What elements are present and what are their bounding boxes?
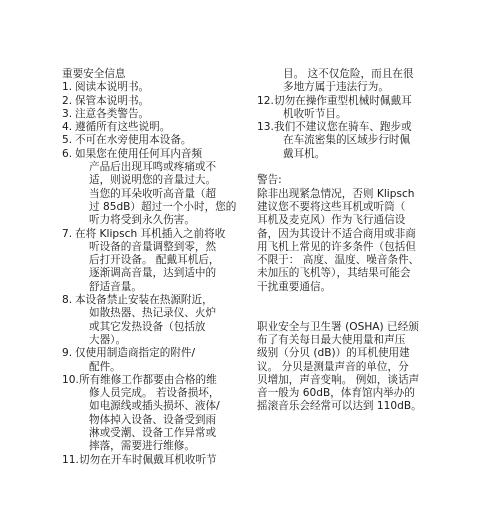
item-text: 切勿在开车时佩戴耳机收听节 (79, 454, 217, 467)
item-number: 10. (62, 374, 79, 387)
list-item: 7.在将 Klipsch 耳机插入之前将收听设备的音量调整到零，然后打开设备。 … (62, 228, 252, 294)
left-column: 重要安全信息 1.阅读本说明书。2.保管本说明书。3.注意各类警告。4.遵循所有… (62, 68, 252, 467)
item-number: 13. (257, 121, 274, 134)
item-text-line: 听力将受到永久伤害。 (62, 214, 252, 227)
item-text-line: 适，则说明您的音量过大。 (62, 174, 252, 187)
text-line: 布了有关每日最大使用量和声压 (257, 334, 447, 347)
item-number: 8. (62, 294, 75, 307)
item-number: 2. (62, 95, 75, 108)
text-line: 用飞机上常见的许多条件（包括但 (257, 241, 447, 254)
text-line: 未加压的飞机等），其结果可能会 (257, 267, 447, 280)
item-text-line: 当您的耳朵收听高音量（超 (62, 188, 252, 201)
list-continuation: 目。 这不仅危险，而且在很多地方属于违法行为。 (257, 68, 447, 95)
item-number: 6. (62, 148, 75, 161)
item-number: 5. (62, 134, 75, 147)
item-text-line: 配件。 (62, 361, 252, 374)
item-text-line: 如散热器、热记录仪、火炉 (62, 307, 252, 320)
list-item: 4.遵循所有这些说明。 (62, 121, 252, 134)
text-line: 建议您不要将这些耳机或听筒（ (257, 201, 447, 214)
item-text-line: 或其它发热设备（包括放 (62, 321, 252, 334)
item-text-line: 机收听节目。 (257, 108, 447, 121)
item-text: 保管本说明书。 (75, 95, 149, 108)
warning-paragraph: 除非出现紧急情况，否则 Klipsch建议您不要将这些耳机或听筒（耳机及麦克风）… (257, 188, 447, 294)
item-text: 如果您在使用任何耳内音频 (75, 148, 202, 161)
item-text-line: 修人员完成。 若设备损坏， (62, 387, 252, 400)
list-item: 8.本设备禁止安装在热源附近，如散热器、热记录仪、火炉或其它发热设备（包括放大器… (62, 294, 252, 347)
item-number: 11. (62, 454, 79, 467)
item-text: 所有维修工作都要由合格的维 (79, 374, 217, 387)
text-line: 目。 这不仅危险，而且在很 (257, 68, 447, 81)
text-line: 耳机及麦克风）作为飞行通信设 (257, 214, 447, 227)
item-text-line: 听设备的音量调整到零，然 (62, 241, 252, 254)
item-number: 4. (62, 121, 75, 134)
item-text-line: 在车流密集的区域步行时佩 (257, 134, 447, 147)
safety-list: 1.阅读本说明书。2.保管本说明书。3.注意各类警告。4.遵循所有这些说明。5.… (62, 81, 252, 467)
list-item: 1.阅读本说明书。 (62, 81, 252, 94)
list-item: 2.保管本说明书。 (62, 95, 252, 108)
item-text: 切勿在操作重型机械时佩戴耳 (274, 95, 412, 108)
list-item: 13.我们不建议您在骑车、跑步或在车流密集的区域步行时佩戴耳机。 (257, 121, 447, 161)
list-item: 11.切勿在开车时佩戴耳机收听节 (62, 454, 252, 467)
item-text-line: 产品后出现耳鸣或疼痛或不 (62, 161, 252, 174)
item-text-line: 戴耳机。 (257, 148, 447, 161)
warning-heading: 警告: (257, 174, 447, 187)
text-line: 不限于： 高度、温度、噪音条件、 (257, 254, 447, 267)
list-item: 12.切勿在操作重型机械时佩戴耳机收听节目。 (257, 95, 447, 122)
item-text-line: 逐渐调高音量，达到适中的 (62, 267, 252, 280)
item-text-line: 淋或受潮、设备工作异常或 (62, 427, 252, 440)
item-text-line: 后打开设备。 配戴耳机后， (62, 254, 252, 267)
item-number: 1. (62, 81, 75, 94)
item-text: 在将 Klipsch 耳机插入之前将收 (75, 228, 225, 241)
item-text-line: 物体掉入设备、设备受到雨 (62, 414, 252, 427)
list-item: 5.不可在水旁使用本设备。 (62, 134, 252, 147)
item-text: 我们不建议您在骑车、跑步或 (274, 121, 412, 134)
item-text: 不可在水旁使用本设备。 (75, 134, 192, 147)
text-line: 级别（分贝 (dB)）的耳机使用建 (257, 347, 447, 360)
right-column: 目。 这不仅危险，而且在很多地方属于违法行为。 12.切勿在操作重型机械时佩戴耳… (257, 68, 447, 414)
item-text-line: 如电源线或插头损坏、液体/ (62, 400, 252, 413)
text-line: 议。 分贝是测量声音的单位，分 (257, 361, 447, 374)
item-number: 12. (257, 95, 274, 108)
text-line: 除非出现紧急情况，否则 Klipsch (257, 188, 447, 201)
item-number: 9. (62, 347, 75, 360)
text-line: 多地方属于违法行为。 (257, 81, 447, 94)
item-text-line: 大器）。 (62, 334, 252, 347)
section-heading: 重要安全信息 (62, 68, 252, 81)
osha-paragraph: 职业安全与卫生署 (OSHA) 已经颁布了有关每日最大使用量和声压级别（分贝 (… (257, 321, 447, 414)
text-line: 摇滚音乐会经常可以达到 110dB。 (257, 400, 447, 413)
item-number: 3. (62, 108, 75, 121)
list-item: 3.注意各类警告。 (62, 108, 252, 121)
item-text: 本设备禁止安装在热源附近， (75, 294, 213, 307)
safety-list-continued: 12.切勿在操作重型机械时佩戴耳机收听节目。13.我们不建议您在骑车、跑步或在车… (257, 95, 447, 161)
item-number: 7. (62, 228, 75, 241)
item-text: 遵循所有这些说明。 (75, 121, 170, 134)
item-text-line: 过 85dB）超过一个小时，您的 (62, 201, 252, 214)
text-line: 音一般为 60dB，体育馆内举办的 (257, 387, 447, 400)
text-line: 干扰重要通信。 (257, 281, 447, 294)
item-text-line: 舒适音量。 (62, 281, 252, 294)
list-item: 10.所有维修工作都要由合格的维修人员完成。 若设备损坏，如电源线或插头损坏、液… (62, 374, 252, 454)
text-line: 职业安全与卫生署 (OSHA) 已经颁 (257, 321, 447, 334)
text-line: 备，因为其设计不适合商用或非商 (257, 228, 447, 241)
item-text: 注意各类警告。 (75, 108, 149, 121)
text-line: 贝增加，声音变响。 例如，谈话声 (257, 374, 447, 387)
list-item: 9.仅使用制造商指定的附件/配件。 (62, 347, 252, 374)
item-text: 阅读本说明书。 (75, 81, 149, 94)
item-text-line: 摔落，需要进行维修。 (62, 440, 252, 453)
list-item: 6.如果您在使用任何耳内音频产品后出现耳鸣或疼痛或不适，则说明您的音量过大。当您… (62, 148, 252, 228)
item-text: 仅使用制造商指定的附件/ (75, 347, 195, 360)
